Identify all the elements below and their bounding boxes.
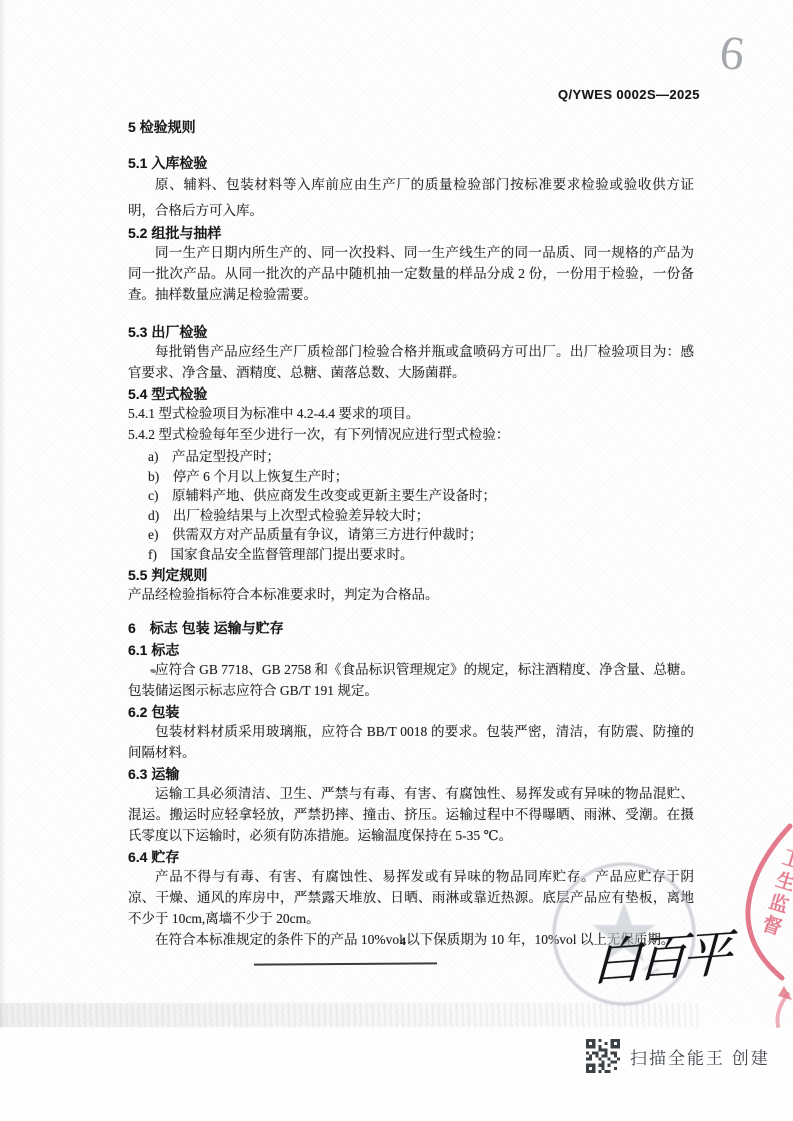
section-5-3-heading: 5.3 出厂检验	[128, 323, 694, 341]
section-6-2-heading: 6.2 包装	[128, 703, 694, 721]
handwritten-signature: 白百平	[591, 913, 743, 1004]
standard-doc-code: Q/YWES 0002S—2025	[558, 87, 708, 102]
section-5-2-heading: 5.2 组批与抽样	[128, 224, 694, 242]
section-5-heading: 5 检验规则	[128, 118, 694, 136]
list-item-f: f) 国家食品安全监督管理部门提出要求时。	[148, 545, 694, 565]
section-5-2-paragraph: 同一生产日期内所生产的、同一次投料、同一生产线生产的同一品质、同一规格的产品为同…	[128, 242, 694, 305]
footer-rule-line	[254, 962, 437, 965]
section-5-5-paragraph: 产品经检验指标符合本标准要求时，判定为合格品。	[128, 584, 694, 605]
section-5-1-heading: 5.1 入库检验	[128, 154, 694, 172]
section-5-4-heading: 5.4 型式检验	[128, 385, 694, 403]
section-5-3-paragraph: 每批销售产品应经生产厂质检部门检验合格并瓶或盒喷码方可出厂。出厂检验项目为：感官…	[128, 341, 694, 383]
clause-5-4-1: 5.4.1 型式检验项目为标准中 4.2-4.4 要求的项目。	[128, 403, 694, 424]
qr-code-icon	[586, 1039, 620, 1073]
list-item-d: d) 出厂检验结果与上次型式检验差异较大时；	[148, 506, 694, 526]
section-5-1-paragraph: 原、辅料、包装材料等入库前应由生产厂的质量检验部门按标准要求检验或验收供方证明，…	[128, 172, 694, 224]
handwritten-page-index: 6	[717, 29, 747, 80]
section-6-2-paragraph: 包装材料材质采用玻璃瓶，应符合 BB/T 0018 的要求。包装严密，清洁，有防…	[128, 721, 694, 763]
scanner-app-label: 扫描全能王 创建	[630, 1044, 770, 1069]
list-item-e: e) 供需双方对产品质量有争议，请第三方进行仲裁时；	[148, 525, 694, 545]
section-6-3-heading: 6.3 运输	[128, 765, 694, 783]
scanned-document-page: 6 Q/YWES 0002S—2025 5 检验规则 5.1 入库检验 原、辅料…	[0, 0, 793, 1121]
document-body: 5 检验规则 5.1 入库检验 原、辅料、包装材料等入库前应由生产厂的质量检验部…	[128, 112, 694, 950]
type-inspection-condition-list: a) 产品定型投产时； b) 停产 6 个月以上恢复生产时； c) 原辅料产地、…	[148, 447, 694, 564]
section-6-3-paragraph: 运输工具必须清洁、卫生、严禁与有毒、有害、有腐蚀性、易挥发或有异味的物品混贮、混…	[128, 783, 694, 846]
section-5-5-heading: 5.5 判定规则	[128, 566, 694, 584]
scanner-footer: 扫描全能王 创建	[586, 1036, 770, 1076]
scan-edge-shadow	[0, 0, 6, 1028]
clause-5-4-2: 5.4.2 型式检验每年至少进行一次，有下列情况应进行型式检验：	[128, 424, 694, 445]
section-6-heading: 6 标志 包装 运输与贮存	[128, 619, 694, 637]
section-6-1-paragraph: 应符合 GB 7718、GB 2758 和《食品标识管理规定》的规定，标注酒精度…	[128, 659, 694, 701]
section-6-1-heading: 6.1 标志	[128, 641, 694, 659]
page-number: 4	[388, 934, 418, 949]
list-item-c: c) 原辅料产地、供应商发生改变或更新主要生产设备时；	[148, 486, 694, 506]
red-seal-stamp: 卫生监督	[738, 818, 793, 1038]
list-item-b: b) 停产 6 个月以上恢复生产时；	[148, 467, 694, 487]
list-item-a: a) 产品定型投产时；	[148, 447, 694, 467]
